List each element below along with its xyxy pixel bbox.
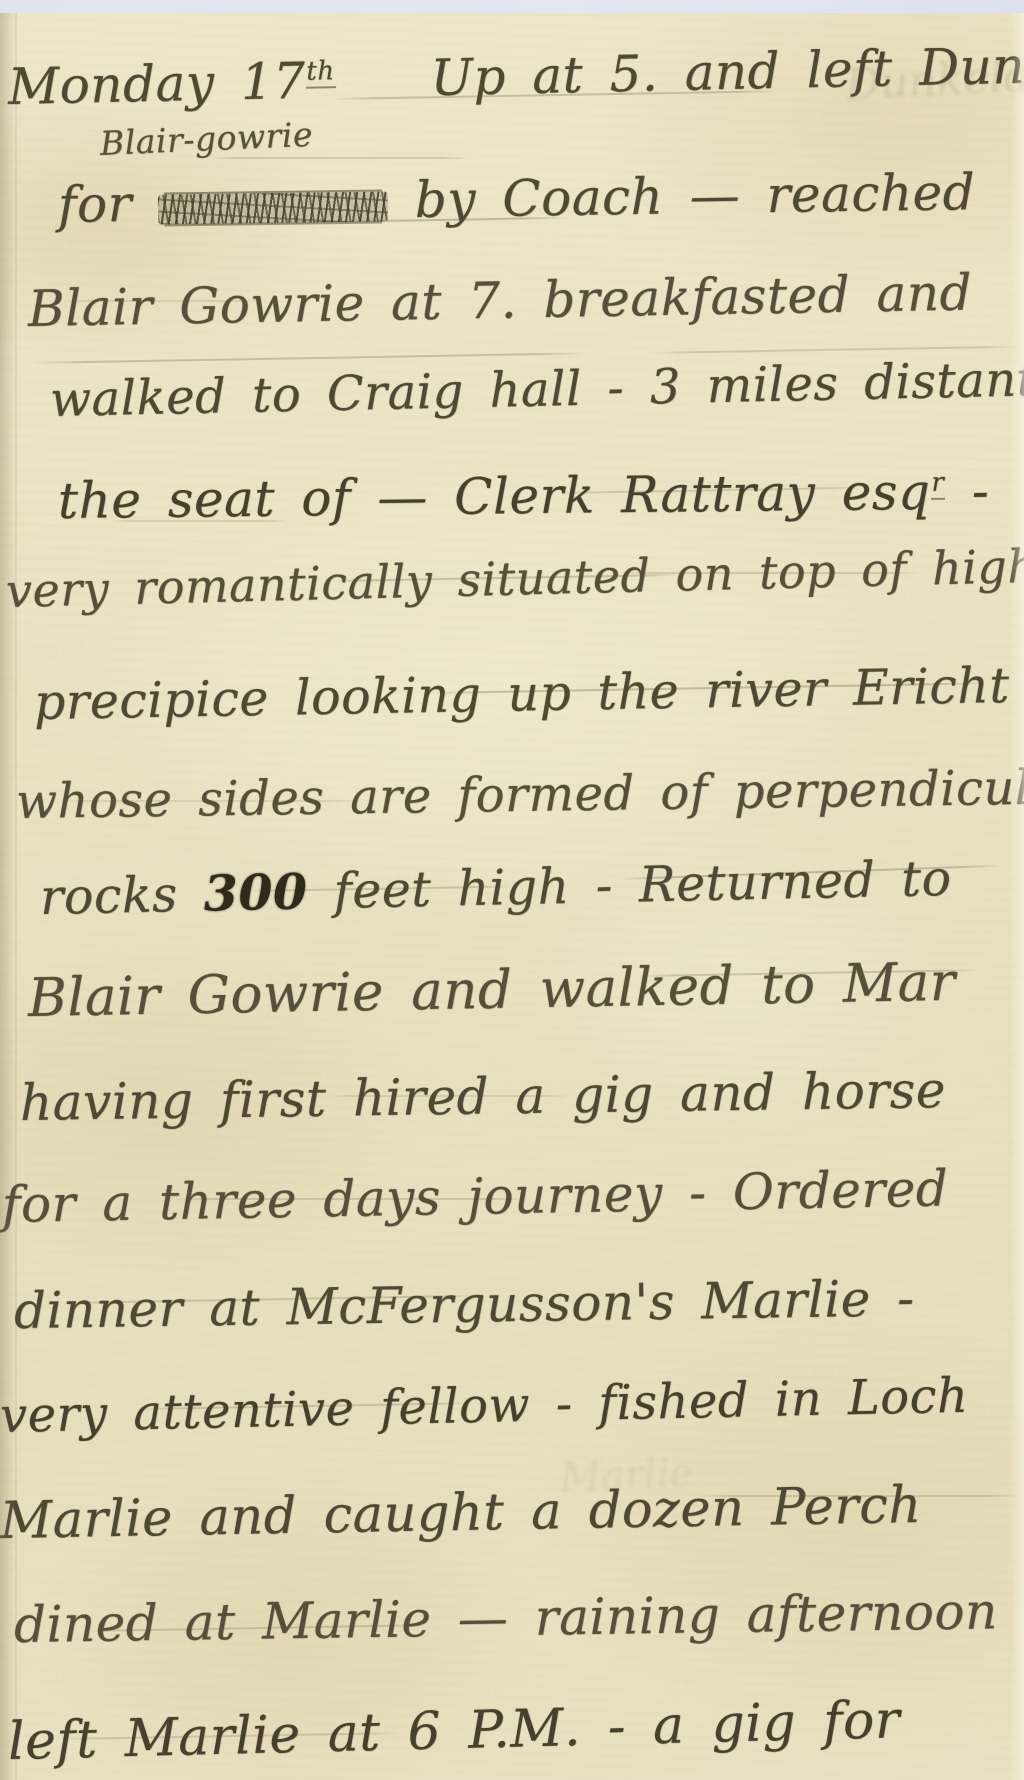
manuscript-line-line-5: the seat of — Clerk Rattray esqr - (58, 462, 990, 530)
manuscript-line-line-14: very attentive fellow - fished in Loch (0, 1368, 969, 1444)
manuscript-page: DunkeldMarlie Monday 17thUp at 5. and le… (0, 13, 1024, 1780)
manuscript-line-date-line: Monday 17thUp at 5. and left Dunkeld (7, 34, 1024, 116)
handwritten-text: left Marlie at 6 P.M. - a gig for (7, 1690, 901, 1772)
struck-out-word-scribble (158, 191, 388, 224)
handwritten-text: by Coach — reached (388, 163, 976, 229)
manuscript-line-line-10: Blair Gowrie and walked to Mar (27, 952, 956, 1029)
scan-background-strip (0, 0, 1024, 13)
page-right-edge-highlight (1010, 13, 1024, 1780)
manuscript-line-line-16: dined at Marlie — raining afternoon (14, 1582, 998, 1654)
handwritten-text: - (945, 462, 989, 520)
manuscript-line-interlinear-insert: Blair-gowrie (99, 115, 314, 163)
manuscript-line-line-13: dinner at McFergusson's Marlie - (14, 1269, 915, 1340)
handwritten-text: for (58, 175, 159, 234)
handwritten-text: having first hired a gig and horse (20, 1061, 947, 1132)
manuscript-line-line-2: for by Coach — reached (58, 163, 976, 234)
manuscript-line-line-17: left Marlie at 6 P.M. - a gig for (7, 1690, 901, 1772)
handwritten-text: Marlie and caught a dozen Perch (0, 1476, 922, 1551)
scanned-manuscript: DunkeldMarlie Monday 17thUp at 5. and le… (0, 0, 1024, 1780)
manuscript-line-line-12: for a three days journey - Ordered (1, 1159, 948, 1234)
page-left-edge-shadow (0, 13, 16, 1780)
handwritten-text: very attentive fellow - fished in Loch (0, 1368, 969, 1444)
manuscript-line-line-11: having first hired a gig and horse (20, 1061, 947, 1132)
handwritten-text: Blair Gowrie at 7. breakfasted and (27, 264, 972, 338)
handwritten-text: the seat of — Clerk Rattray esq (58, 463, 931, 530)
handwritten-text: for a three days journey - Ordered (1, 1159, 948, 1234)
handwritten-text: feet high - Returned to (307, 850, 952, 920)
handwritten-text: precipice looking up the river Ericht (34, 657, 1011, 731)
handwritten-text: walked to Craig hall - 3 miles distant (49, 351, 1024, 428)
manuscript-line-line-3: Blair Gowrie at 7. breakfasted and (27, 264, 972, 338)
superscript-text: r (930, 468, 945, 500)
handwritten-text: Monday 17 (7, 52, 306, 116)
handwritten-text: rocks (39, 866, 204, 926)
handwritten-text: Up at 5. and left Dunkeld (430, 34, 1024, 107)
manuscript-line-line-6: very romantically situated on top of hig… (5, 539, 1024, 618)
spacing-gap (336, 95, 431, 97)
manuscript-line-line-4: walked to Craig hall - 3 miles distant (49, 351, 1024, 428)
superscript-text: th (305, 56, 336, 89)
handwritten-text: Blair Gowrie and walked to Mar (27, 952, 956, 1029)
manuscript-line-line-7: precipice looking up the river Ericht (34, 657, 1011, 731)
handwritten-text: Blair-gowrie (99, 115, 314, 163)
handwritten-text: dinner at McFergusson's Marlie - (14, 1269, 915, 1340)
manuscript-line-line-15: Marlie and caught a dozen Perch (0, 1476, 922, 1551)
manuscript-line-line-9: rocks 300 feet high - Returned to (39, 849, 952, 926)
handwritten-text: dined at Marlie — raining afternoon (14, 1582, 998, 1654)
handwritten-text: whose sides are formed of perpendicular (16, 759, 1024, 830)
handwritten-text: very romantically situated on top of hig… (5, 539, 1024, 618)
blotted-ink-text: 300 (203, 862, 308, 922)
ruled-pencil-line (210, 157, 470, 159)
manuscript-line-line-8: whose sides are formed of perpendicular (16, 759, 1024, 830)
